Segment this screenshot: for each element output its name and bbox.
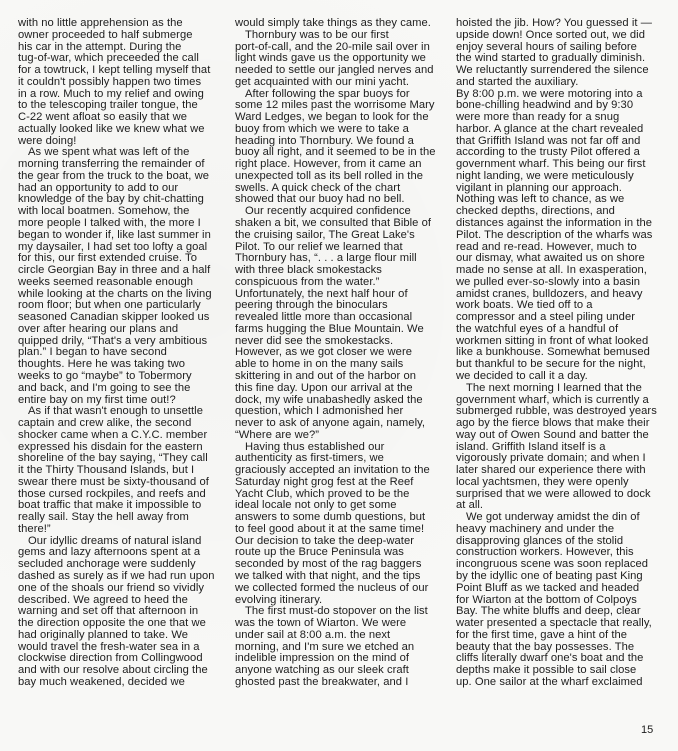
text-line: weeks to go “maybe” to Tobermory bbox=[18, 371, 232, 383]
text-line: under sail at 8:00 a.m. the next bbox=[235, 630, 449, 642]
text-line: and started the auxiliary. bbox=[456, 77, 670, 89]
text-line: swear there must be sixty-thousand of bbox=[18, 477, 232, 489]
text-line: the watchful eyes of a handful of bbox=[456, 324, 670, 336]
text-line: the cruising sailor, The Great Lake's bbox=[235, 230, 449, 242]
text-line: actually looked like we knew what we bbox=[18, 124, 232, 136]
text-line: with no little apprehension as the bbox=[18, 18, 232, 30]
text-line: began to wonder if, like last summer in bbox=[18, 230, 232, 242]
text-line: harbor. A glance at the chart revealed bbox=[456, 124, 670, 136]
text-line: upside down! Once sorted out, we did bbox=[456, 30, 670, 42]
text-line: this fine day. Upon our arrival at the bbox=[235, 383, 449, 395]
text-line: we collected formed the nucleus of our bbox=[235, 583, 449, 595]
text-line: “Where are we?” bbox=[235, 430, 449, 442]
text-line: it couldn't possibly happen two times bbox=[18, 77, 232, 89]
text-line: buoy from which we were to take a bbox=[235, 124, 449, 136]
text-line: bay much weakened, decided we bbox=[18, 677, 232, 689]
text-line: night landing, we were meticulously bbox=[456, 171, 670, 183]
text-line: dashed as surely as if we had run upon bbox=[18, 571, 232, 583]
text-line: ghosted past the breakwater, and I bbox=[235, 677, 449, 689]
text-line: way out of Owen Sound and batter the bbox=[456, 430, 670, 442]
text-line: heavy machinery and under the bbox=[456, 524, 670, 536]
text-line: farms hugging the Blue Mountain. We bbox=[235, 324, 449, 336]
text-line: conspicuous from the water.” bbox=[235, 277, 449, 289]
text-line: to feel good about it at the same time! bbox=[235, 524, 449, 536]
text-line: and back, and I'm going to see the bbox=[18, 383, 232, 395]
text-column-2: would simply take things as they came.Th… bbox=[235, 18, 449, 689]
text-line: we decided to call it a day. bbox=[456, 371, 670, 383]
text-line: shocker came when a C.Y.C. member bbox=[18, 430, 232, 442]
text-line: there!” bbox=[18, 524, 232, 536]
text-line: for the first time, gave a hint of the bbox=[456, 630, 670, 642]
text-line: The next morning I learned that the bbox=[456, 383, 670, 395]
text-line: hoisted the jib. How? You guessed it — bbox=[456, 18, 670, 30]
text-column-1: with no little apprehension as theowner … bbox=[18, 18, 232, 689]
text-line: Saturday night grog fest at the Reef bbox=[235, 477, 449, 489]
text-line: would simply take things as they came. bbox=[235, 18, 449, 30]
text-line: one of the shoals our friend so vividly bbox=[18, 583, 232, 595]
text-line: owner proceeded to half submerge bbox=[18, 30, 232, 42]
page-number: 15 bbox=[641, 724, 653, 736]
text-line: the gear from the truck to the boat, we bbox=[18, 171, 232, 183]
text-line: by the idyllic one of beating past King bbox=[456, 571, 670, 583]
text-line: surprised that we were allowed to dock bbox=[456, 489, 670, 501]
text-line: skittering in and out of the harbor on bbox=[235, 371, 449, 383]
text-line: we talked with that night, and the tips bbox=[235, 571, 449, 583]
text-line: Thornbury was to be our first bbox=[235, 30, 449, 42]
text-line: get acquainted with our mini yacht. bbox=[235, 77, 449, 89]
text-line: we pulled ever-so-slowly into a basin bbox=[456, 277, 670, 289]
magazine-page: with no little apprehension as theowner … bbox=[0, 0, 678, 751]
text-line: over after hearing our plans and bbox=[18, 324, 232, 336]
text-line: weeks seemed reasonable enough bbox=[18, 277, 232, 289]
text-line: local yachtsmen, they were openly bbox=[456, 477, 670, 489]
text-line: Point Bluff as we tacked and headed bbox=[456, 583, 670, 595]
text-line: Pilot. The description of the wharfs was bbox=[456, 230, 670, 242]
text-line: had originally planned to take. We bbox=[18, 630, 232, 642]
text-line: up. One sailor at the wharf exclaimed bbox=[456, 677, 670, 689]
text-column-3: hoisted the jib. How? You guessed it —up… bbox=[456, 18, 670, 689]
text-line: unexpected toll as its bell rolled in th… bbox=[235, 171, 449, 183]
